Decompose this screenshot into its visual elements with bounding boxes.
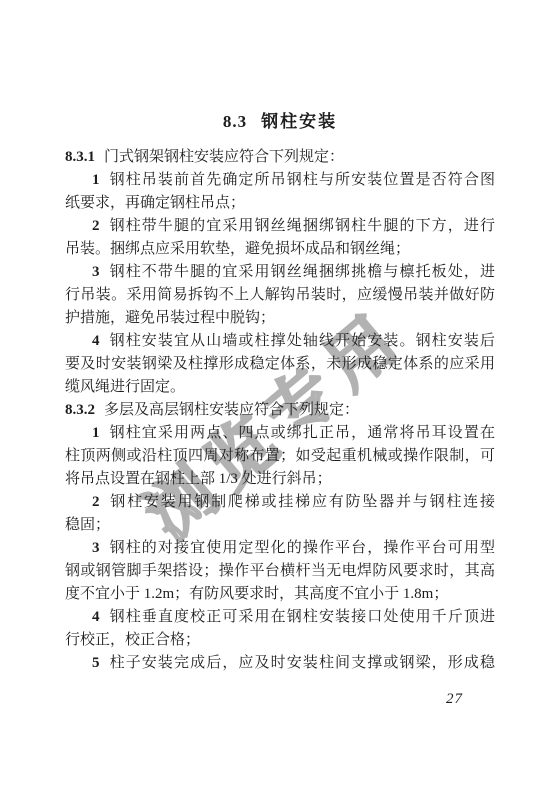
item-number: 4 bbox=[92, 609, 100, 625]
clause-number: 8.3.1 bbox=[65, 149, 95, 165]
item-paragraph: 1钢柱宜采用两点、四点或绑扎正吊，通常将吊耳设置在柱顶两侧或沿柱顶四周对称布置；… bbox=[65, 422, 495, 491]
item-paragraph: 4钢柱安装宜从山墙或柱撑处轴线开始安装。钢柱安装后要及时安装钢梁及柱撑形成稳定体… bbox=[65, 330, 495, 399]
text-line: 5柱子安装完成后，应及时安装柱间支撑或钢梁，形成稳 bbox=[65, 652, 495, 675]
document-text-layer: 8.3钢柱安装 8.3.1门式钢架钢柱安装应符合下列规定：1钢柱吊装前首先确定所… bbox=[0, 0, 551, 790]
text-line: 行校正，校正合格； bbox=[65, 629, 495, 652]
item-paragraph: 1钢柱吊装前首先确定所吊钢柱与所安装位置是否符合图纸要求，再确定钢柱吊点； bbox=[65, 169, 495, 215]
text-line: 纸要求，再确定钢柱吊点； bbox=[65, 192, 495, 215]
item-number: 1 bbox=[92, 425, 100, 441]
item-paragraph: 2钢柱安装用钢制爬梯或挂梯应有防坠器并与钢柱连接稳固； bbox=[65, 491, 495, 537]
section-number: 8.3 bbox=[223, 112, 247, 131]
section-title: 8.3钢柱安装 bbox=[65, 110, 495, 133]
clause-paragraph: 8.3.1门式钢架钢柱安装应符合下列规定： bbox=[65, 146, 495, 169]
text-line: 将吊点设置在钢柱上部 1/3 处进行斜吊； bbox=[65, 468, 495, 491]
item-number: 1 bbox=[92, 172, 100, 188]
text-line: 钢或钢管脚手架搭设；操作平台横杆当无电焊防风要求时，其高 bbox=[65, 560, 495, 583]
item-paragraph: 3钢柱不带牛腿的宜采用钢丝绳捆绑挑檐与檩托板处，进行吊装。采用简易拆钩不上人解钩… bbox=[65, 261, 495, 330]
item-paragraph: 2钢柱带牛腿的宜采用钢丝绳捆绑钢柱牛腿的下方，进行吊装。捆绑点应采用软垫，避免损… bbox=[65, 215, 495, 261]
item-number: 3 bbox=[92, 540, 100, 556]
text-line: 护措施，避免吊装过程中脱钩； bbox=[65, 307, 495, 330]
text-line: 柱顶两侧或沿柱顶四周对称布置；如受起重机械或操作限制，可 bbox=[65, 445, 495, 468]
text-line: 3钢柱不带牛腿的宜采用钢丝绳捆绑挑檐与檩托板处，进 bbox=[65, 261, 495, 284]
text-line: 要及时安装钢梁及柱撑形成稳定体系，未形成稳定体系的应采用 bbox=[65, 353, 495, 376]
text-line: 3钢柱的对接宜使用定型化的操作平台，操作平台可用型 bbox=[65, 537, 495, 560]
text-line: 度不宜小于 1.2m；有防风要求时，其高度不宜小于 1.8m； bbox=[65, 583, 495, 606]
text-line: 2钢柱安装用钢制爬梯或挂梯应有防坠器并与钢柱连接 bbox=[65, 491, 495, 514]
text-line: 4钢柱安装宜从山墙或柱撑处轴线开始安装。钢柱安装后 bbox=[65, 330, 495, 353]
text-line: 吊装。捆绑点应采用软垫，避免损坏成品和钢丝绳； bbox=[65, 238, 495, 261]
clause-number: 8.3.2 bbox=[65, 402, 95, 418]
item-number: 5 bbox=[92, 655, 100, 671]
page-number: 27 bbox=[446, 691, 463, 708]
clause-paragraph: 8.3.2多层及高层钢柱安装应符合下列规定： bbox=[65, 399, 495, 422]
text-line: 2钢柱带牛腿的宜采用钢丝绳捆绑钢柱牛腿的下方，进行 bbox=[65, 215, 495, 238]
text-line: 8.3.1门式钢架钢柱安装应符合下列规定： bbox=[65, 146, 495, 169]
text-line: 缆风绳进行固定。 bbox=[65, 376, 495, 399]
item-paragraph: 3钢柱的对接宜使用定型化的操作平台，操作平台可用型钢或钢管脚手架搭设；操作平台横… bbox=[65, 537, 495, 606]
item-number: 3 bbox=[92, 264, 100, 280]
text-line: 1钢柱宜采用两点、四点或绑扎正吊，通常将吊耳设置在 bbox=[65, 422, 495, 445]
text-line: 行吊装。采用简易拆钩不上人解钩吊装时，应缓慢吊装并做好防 bbox=[65, 284, 495, 307]
text-line: 4钢柱垂直度校正可采用在钢柱安装接口处使用千斤顶进 bbox=[65, 606, 495, 629]
text-line: 1钢柱吊装前首先确定所吊钢柱与所安装位置是否符合图 bbox=[65, 169, 495, 192]
document-page: 浏览专用 8.3钢柱安装 8.3.1门式钢架钢柱安装应符合下列规定：1钢柱吊装前… bbox=[0, 0, 551, 790]
body-text: 8.3.1门式钢架钢柱安装应符合下列规定：1钢柱吊装前首先确定所吊钢柱与所安装位… bbox=[65, 146, 495, 675]
item-paragraph: 4钢柱垂直度校正可采用在钢柱安装接口处使用千斤顶进行校正，校正合格； bbox=[65, 606, 495, 652]
text-line: 8.3.2多层及高层钢柱安装应符合下列规定： bbox=[65, 399, 495, 422]
section-name: 钢柱安装 bbox=[261, 112, 337, 131]
text-line: 稳固； bbox=[65, 514, 495, 537]
item-number: 2 bbox=[92, 494, 100, 510]
item-number: 4 bbox=[92, 333, 100, 349]
item-paragraph: 5柱子安装完成后，应及时安装柱间支撑或钢梁，形成稳 bbox=[65, 652, 495, 675]
item-number: 2 bbox=[92, 218, 100, 234]
